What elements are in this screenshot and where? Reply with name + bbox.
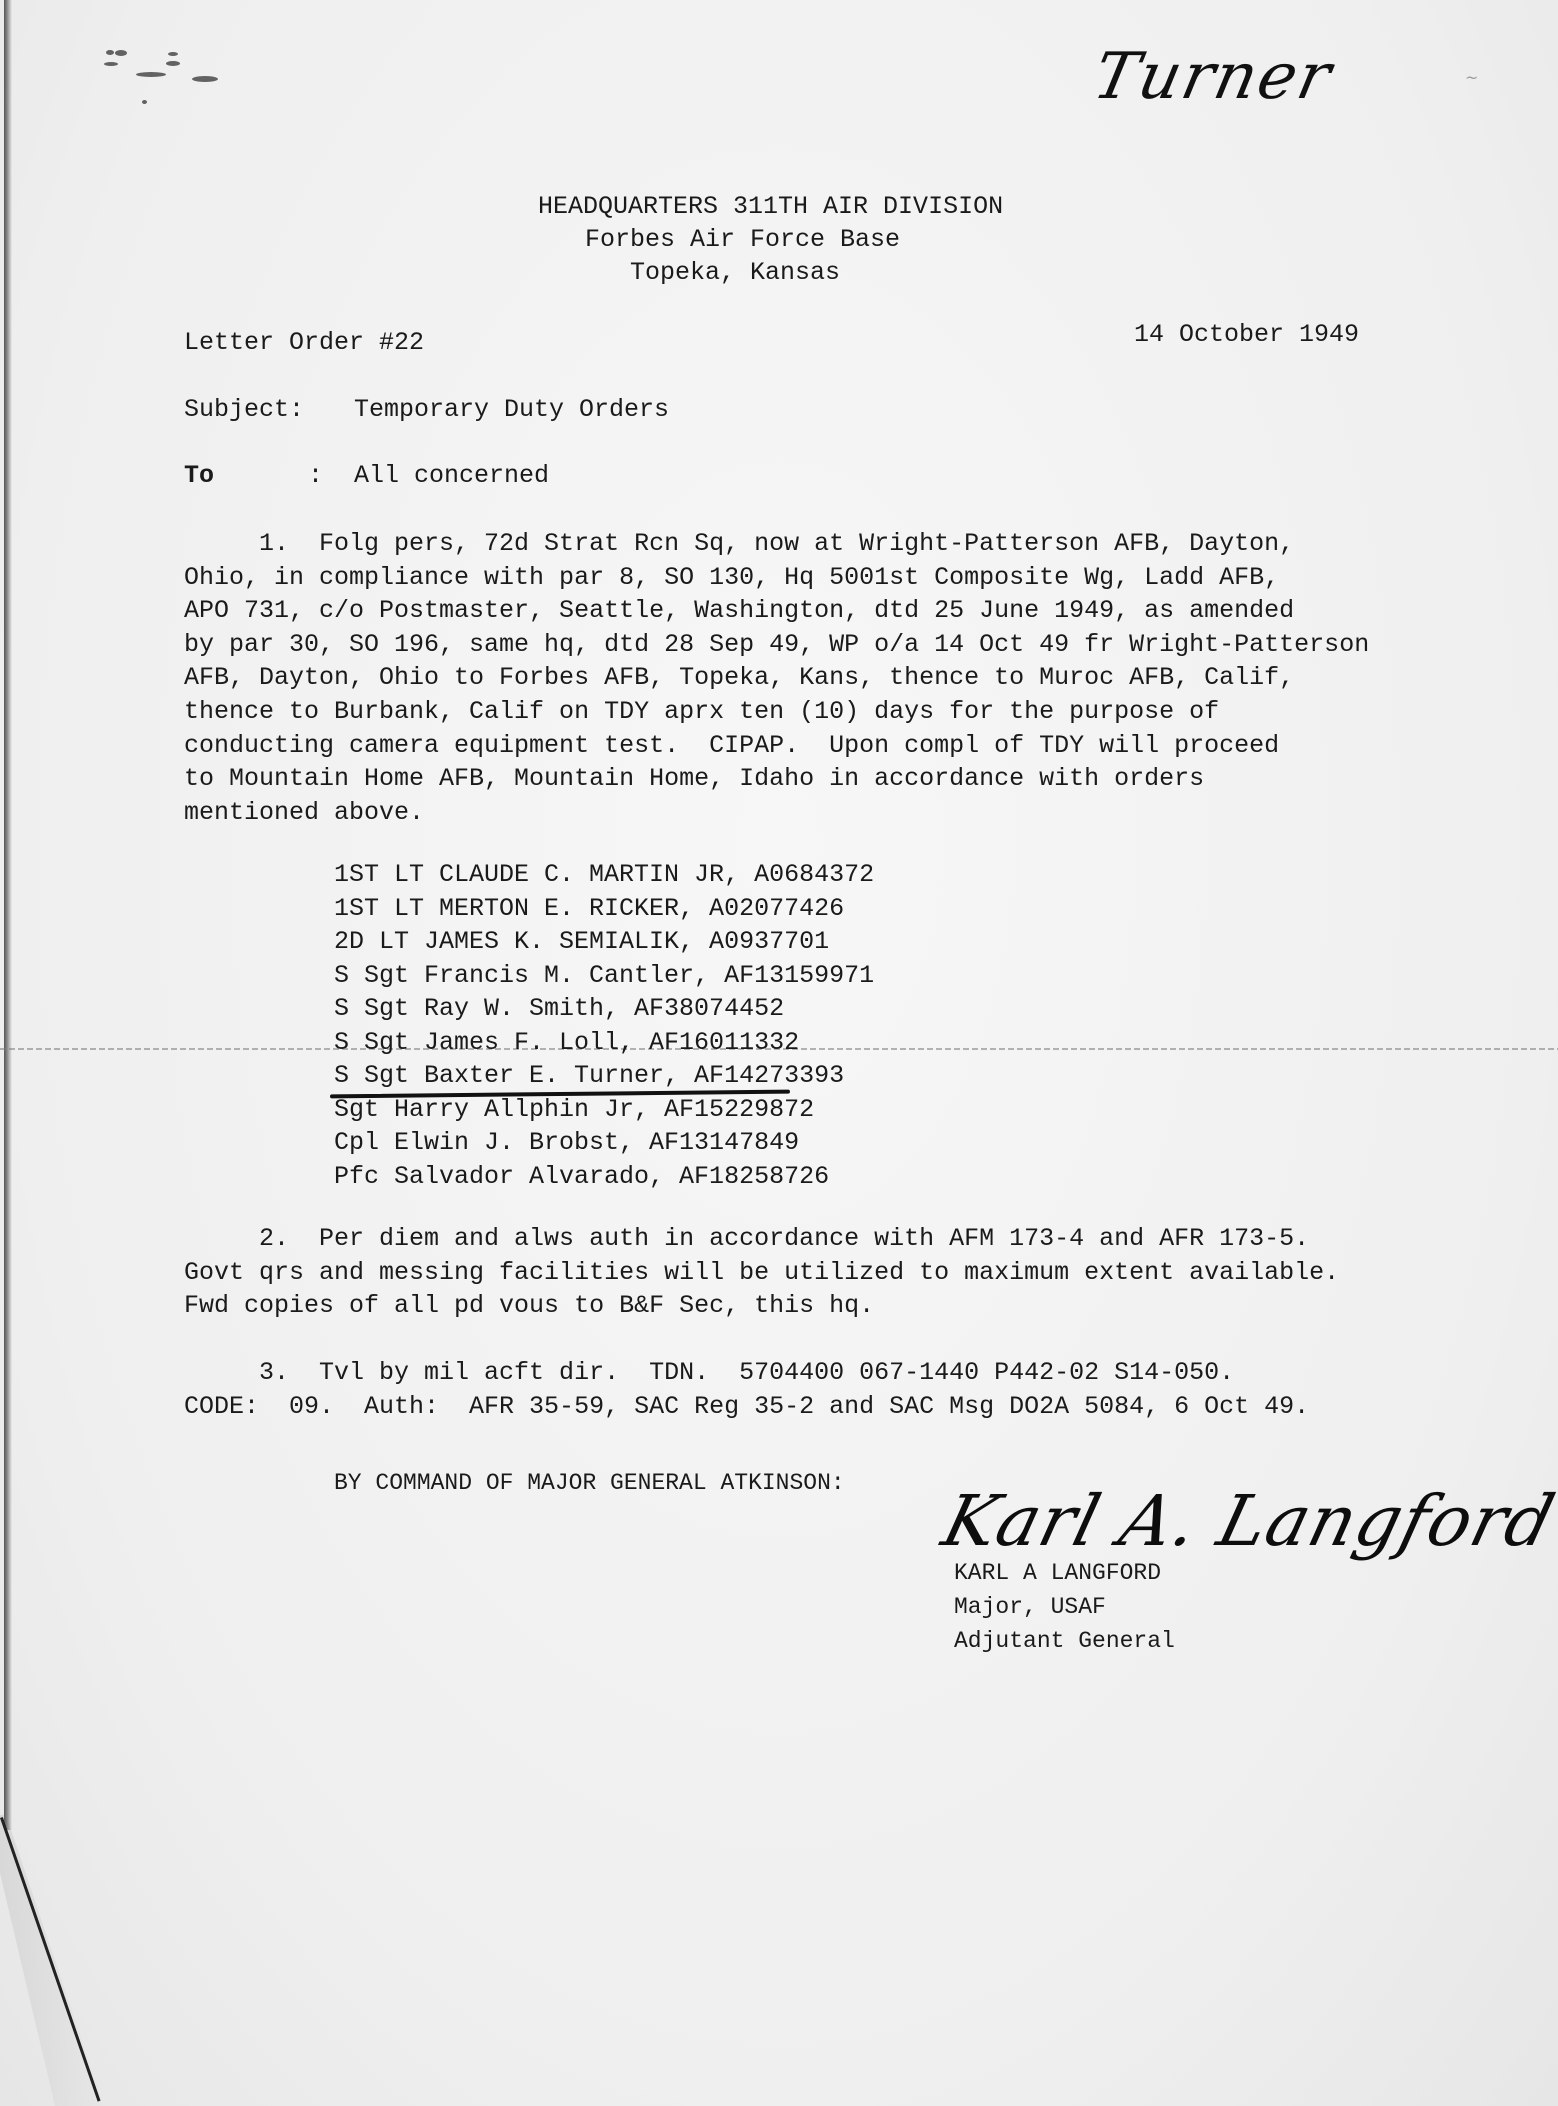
to-value: All concerned	[354, 459, 549, 493]
paragraph-1-line: mentioned above.	[184, 796, 424, 830]
personnel-entry: 1ST LT MERTON E. RICKER, A02077426	[334, 894, 844, 923]
personnel-entry: 2D LT JAMES K. SEMIALIK, A0937701	[334, 927, 829, 956]
to-label: To	[184, 459, 214, 493]
paragraph-1-line: Ohio, in compliance with par 8, SO 130, …	[184, 561, 1279, 595]
letterhead-base: Forbes Air Force Base	[585, 223, 900, 257]
document-page: Turner ~ HEADQUARTERS 311TH AIR DIVISION…	[0, 0, 1558, 2106]
personnel-entry: 1ST LT CLAUDE C. MARTIN JR, A0684372	[334, 860, 874, 889]
paragraph-2-line: Govt qrs and messing facilities will be …	[184, 1256, 1339, 1290]
handwritten-annotation: Turner	[1087, 40, 1339, 114]
subject-value: Temporary Duty Orders	[354, 393, 669, 427]
signer-title: Adjutant General	[954, 1628, 1175, 1654]
subject-label: Subject:	[184, 393, 304, 427]
personnel-entry: S Sgt Baxter E. Turner, AF14273393	[334, 1061, 844, 1090]
paper-edge-shadow	[4, 0, 12, 1830]
paragraph-1-line: AFB, Dayton, Ohio to Forbes AFB, Topeka,…	[184, 661, 1294, 695]
letterhead-location: Topeka, Kansas	[630, 256, 840, 290]
personnel-entry: Pfc Salvador Alvarado, AF18258726	[334, 1162, 829, 1191]
paragraph-1-line: conducting camera equipment test. CIPAP.…	[184, 729, 1279, 763]
command-line: BY COMMAND OF MAJOR GENERAL ATKINSON:	[334, 1466, 845, 1500]
handwritten-signature: Karl A. Langford	[935, 1480, 1558, 1562]
signer-rank: Major, USAF	[954, 1594, 1106, 1620]
paragraph-1-line: to Mountain Home AFB, Mountain Home, Ida…	[184, 762, 1204, 796]
letter-order-number: Letter Order #22	[184, 326, 424, 360]
personnel-entry: S Sgt Francis M. Cantler, AF13159971	[334, 961, 874, 990]
paragraph-1-line: by par 30, SO 196, same hq, dtd 28 Sep 4…	[184, 628, 1369, 662]
paragraph-1-line: thence to Burbank, Calif on TDY aprx ten…	[184, 695, 1219, 729]
order-date: 14 October 1949	[1134, 318, 1359, 352]
personnel-entry: S Sgt Ray W. Smith, AF38074452	[334, 994, 784, 1023]
to-separator: :	[308, 459, 323, 493]
paragraph-2-line: 2. Per diem and alws auth in accordance …	[184, 1222, 1309, 1256]
personnel-entry: Sgt Harry Allphin Jr, AF15229872	[334, 1095, 814, 1124]
paragraph-3-line: CODE: 09. Auth: AFR 35-59, SAC Reg 35-2 …	[184, 1390, 1309, 1424]
paragraph-1-line: APO 731, c/o Postmaster, Seattle, Washin…	[184, 594, 1294, 628]
signer-name: KARL A LANGFORD	[954, 1560, 1161, 1586]
letterhead-org: HEADQUARTERS 311TH AIR DIVISION	[538, 190, 1003, 224]
faint-pencil-mark: ~	[1465, 68, 1478, 87]
paragraph-3-line: 3. Tvl by mil acft dir. TDN. 5704400 067…	[184, 1356, 1234, 1390]
personnel-entry: S Sgt James F. Loll, AF16011332	[334, 1028, 799, 1057]
paragraph-1-line: 1. Folg pers, 72d Strat Rcn Sq, now at W…	[184, 527, 1294, 561]
personnel-entry: Cpl Elwin J. Brobst, AF13147849	[334, 1128, 799, 1157]
paragraph-2-line: Fwd copies of all pd vous to B&F Sec, th…	[184, 1289, 874, 1323]
